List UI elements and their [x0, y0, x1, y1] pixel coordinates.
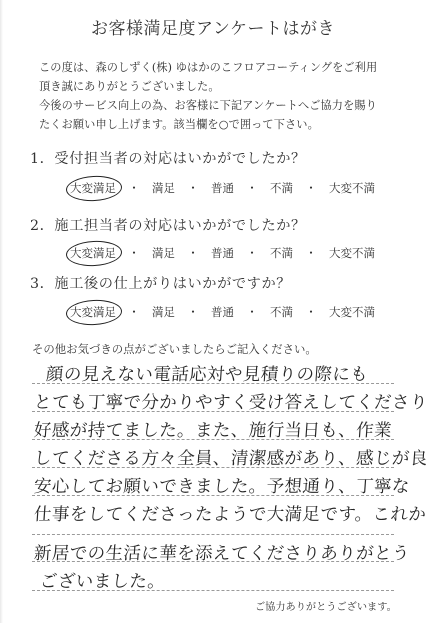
option-very-satisfied[interactable]: 大変満足: [70, 304, 116, 320]
ruled-line: [32, 534, 394, 535]
option-very-satisfied[interactable]: 大変満足: [70, 180, 116, 196]
option-satisfied[interactable]: 満足: [152, 245, 175, 261]
option-very-dissatisfied[interactable]: 大変不満: [329, 304, 375, 320]
ruled-line: [32, 411, 394, 412]
ruled-line: [32, 467, 394, 468]
question-2-options: 大変満足 ・ 満足 ・ 普通 ・ 不満 ・ 大変不満: [70, 245, 375, 261]
separator: ・: [234, 180, 270, 196]
option-satisfied[interactable]: 満足: [152, 304, 175, 320]
option-very-satisfied[interactable]: 大変満足: [70, 245, 116, 261]
question-2: 2．施工担当者の対応はいかがでしたか？: [30, 215, 306, 235]
option-very-dissatisfied[interactable]: 大変不満: [329, 180, 375, 196]
option-neutral[interactable]: 普通: [211, 180, 234, 196]
question-number: 1．: [30, 151, 54, 167]
option-neutral[interactable]: 普通: [211, 245, 234, 261]
option-dissatisfied[interactable]: 不満: [270, 180, 293, 196]
option-very-dissatisfied[interactable]: 大変不満: [329, 245, 375, 261]
option-neutral[interactable]: 普通: [211, 304, 234, 320]
handwritten-line-6: 仕事をしてくださったようで大満足です。これからの: [33, 501, 426, 526]
option-dissatisfied[interactable]: 不満: [270, 245, 293, 261]
separator: ・: [175, 245, 211, 261]
question-text: 施工担当者の対応はいかがでしたか？: [54, 218, 305, 234]
separator: ・: [293, 245, 329, 261]
ruled-line: [32, 495, 394, 496]
intro-line-4: たくお願い申し上げます。該当欄を○で囲って下さい。: [39, 116, 319, 132]
intro-line-2: 頂き誠にありがとうございました。: [39, 78, 220, 94]
thank-you-footer: ご協力ありがとうございます。: [255, 598, 397, 613]
separator: ・: [175, 304, 211, 320]
question-3: 3．施工後の仕上がりはいかがですか？: [30, 273, 291, 293]
page-title: お客様満足度アンケートはがき: [0, 14, 426, 39]
question-text: 施工後の仕上がりはいかがですか？: [54, 276, 291, 292]
comments-label: その他お気づきの点がございましたらご記入ください。: [32, 341, 317, 357]
option-dissatisfied[interactable]: 不満: [270, 304, 293, 320]
separator: ・: [175, 180, 211, 196]
ruled-line: [32, 561, 394, 562]
ruled-line: [32, 383, 394, 384]
question-3-options: 大変満足 ・ 満足 ・ 普通 ・ 不満 ・ 大変不満: [70, 304, 375, 320]
ruled-line: [32, 590, 394, 591]
question-1: 1．受付担当者の対応はいかがでしたか？: [30, 148, 306, 168]
separator: ・: [234, 245, 270, 261]
question-1-options: 大変満足 ・ 満足 ・ 普通 ・ 不満 ・ 大変不満: [70, 180, 375, 196]
scan-edge: [0, 0, 3, 623]
ruled-line: [32, 439, 394, 440]
question-number: 2．: [30, 218, 54, 234]
question-text: 受付担当者の対応はいかがでしたか？: [54, 151, 305, 167]
separator: ・: [293, 304, 329, 320]
separator: ・: [234, 304, 270, 320]
separator: ・: [293, 180, 329, 196]
question-number: 3．: [30, 276, 54, 292]
intro-line-1: この度は、森のしずく(株) ゆはかのこフロアコーティングをご利用: [39, 59, 377, 75]
intro-line-3: 今後のサービス向上の為、お客様に下記アンケートへご協力を賜り: [39, 97, 377, 113]
option-satisfied[interactable]: 満足: [152, 180, 175, 196]
